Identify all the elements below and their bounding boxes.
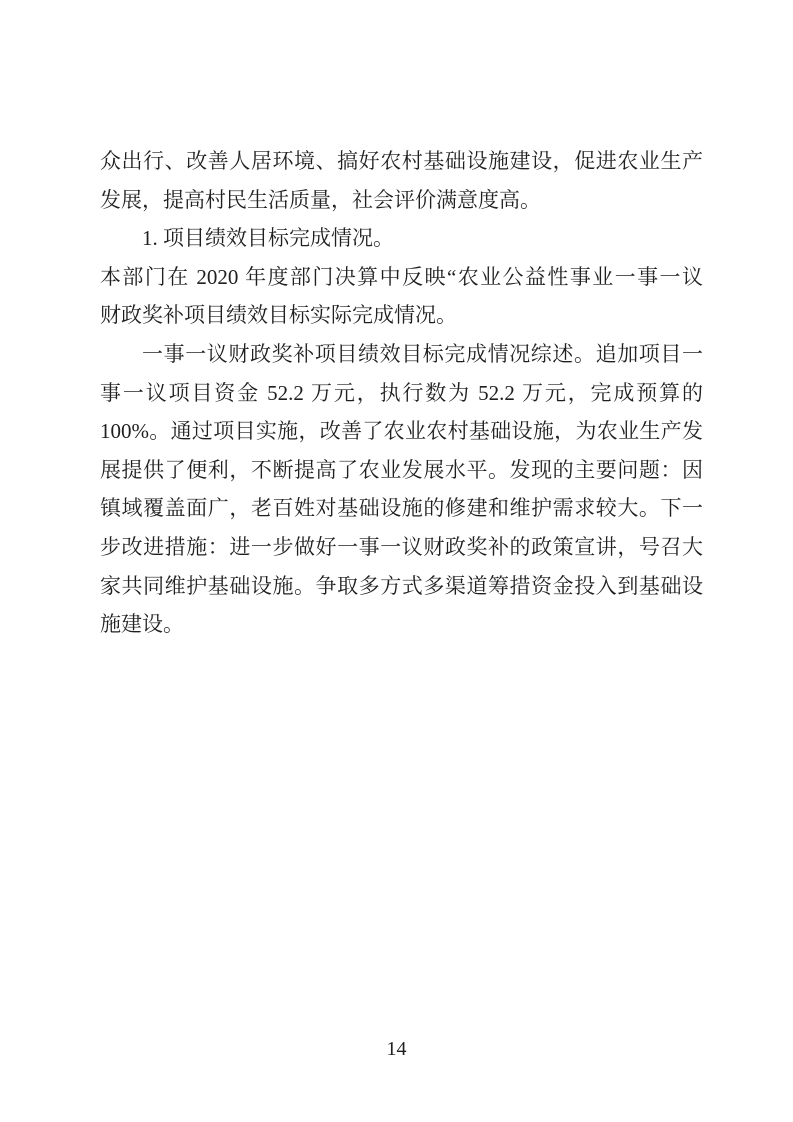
document-page: 众出行、改善人居环境、搞好农村基础设施建设，促进农业生产发展，提高村民生活质量，…: [0, 0, 793, 1122]
text-line: 1. 项目绩效目标完成情况。: [100, 219, 703, 258]
text-line: 步改进措施：进一步做好一事一议财政奖补的政策宣讲，号召大: [100, 528, 703, 567]
text-line: 镇域覆盖面广，老百姓对基础设施的修建和维护需求较大。下一: [100, 489, 703, 528]
page-number: 14: [0, 1036, 793, 1062]
text-line: 众出行、改善人居环境、搞好农村基础设施建设，促进农业生产: [100, 142, 703, 181]
text-line: 财政奖补项目绩效目标实际完成情况。: [100, 296, 703, 335]
text-line: 事一议项目资金 52.2 万元，执行数为 52.2 万元，完成预算的: [100, 374, 703, 413]
text-line: 发展，提高村民生活质量，社会评价满意度高。: [100, 181, 703, 220]
body-text: 众出行、改善人居环境、搞好农村基础设施建设，促进农业生产发展，提高村民生活质量，…: [100, 142, 703, 644]
text-line: 一事一议财政奖补项目绩效目标完成情况综述。追加项目一: [100, 335, 703, 374]
text-line: 100%。通过项目实施，改善了农业农村基础设施，为农业生产发: [100, 412, 703, 451]
text-line: 家共同维护基础设施。争取多方式多渠道筹措资金投入到基础设: [100, 567, 703, 606]
text-line: 本部门在 2020 年度部门决算中反映“农业公益性事业一事一议: [100, 258, 703, 297]
text-line: 施建设。: [100, 605, 703, 644]
text-line: 展提供了便利，不断提高了农业发展水平。发现的主要问题：因: [100, 451, 703, 490]
